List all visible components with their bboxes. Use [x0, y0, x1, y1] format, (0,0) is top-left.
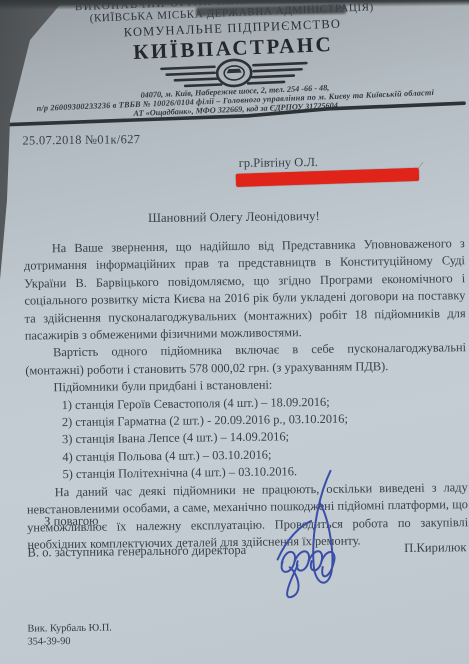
salutation: Шановний Олегу Леонідовичу!: [0, 207, 468, 228]
redaction-bar: [236, 168, 419, 187]
executor-block: Вик. Курбаль Ю.П. 354-39-90: [27, 622, 112, 649]
recipient-name: гр.Рівтіну О.Л.: [239, 155, 318, 171]
executor-phone: 354-39-90: [28, 635, 113, 649]
header-divider-rule: [0, 95, 467, 131]
scanned-letter-photo: ВИКОНАВЧИЙ ОРГАН КИЇВСЬКОЇ МІСЬКОЇ РАДИ …: [0, 0, 469, 664]
signer-name: П.Кирилюк: [404, 540, 466, 556]
letter-body: На Ваше звернення, що надійшло від Предс…: [24, 235, 469, 554]
signer-title: В. о. заступника генерального директора: [27, 543, 246, 561]
paragraph-1: На Ваше звернення, що надійшло від Предс…: [24, 235, 466, 345]
signature-scribble: [266, 466, 368, 607]
station-list: 1) станція Героїв Севастополя (4 шт.) – …: [26, 392, 468, 484]
paragraph-2: Вартість одного підйомника включає в себ…: [25, 340, 466, 380]
closing-regards: З повагою: [44, 514, 99, 530]
date-and-ref-number: 25.07.2018 №01к/627: [22, 132, 140, 148]
executor-name: Вик. Курбаль Ю.П.: [27, 622, 112, 636]
